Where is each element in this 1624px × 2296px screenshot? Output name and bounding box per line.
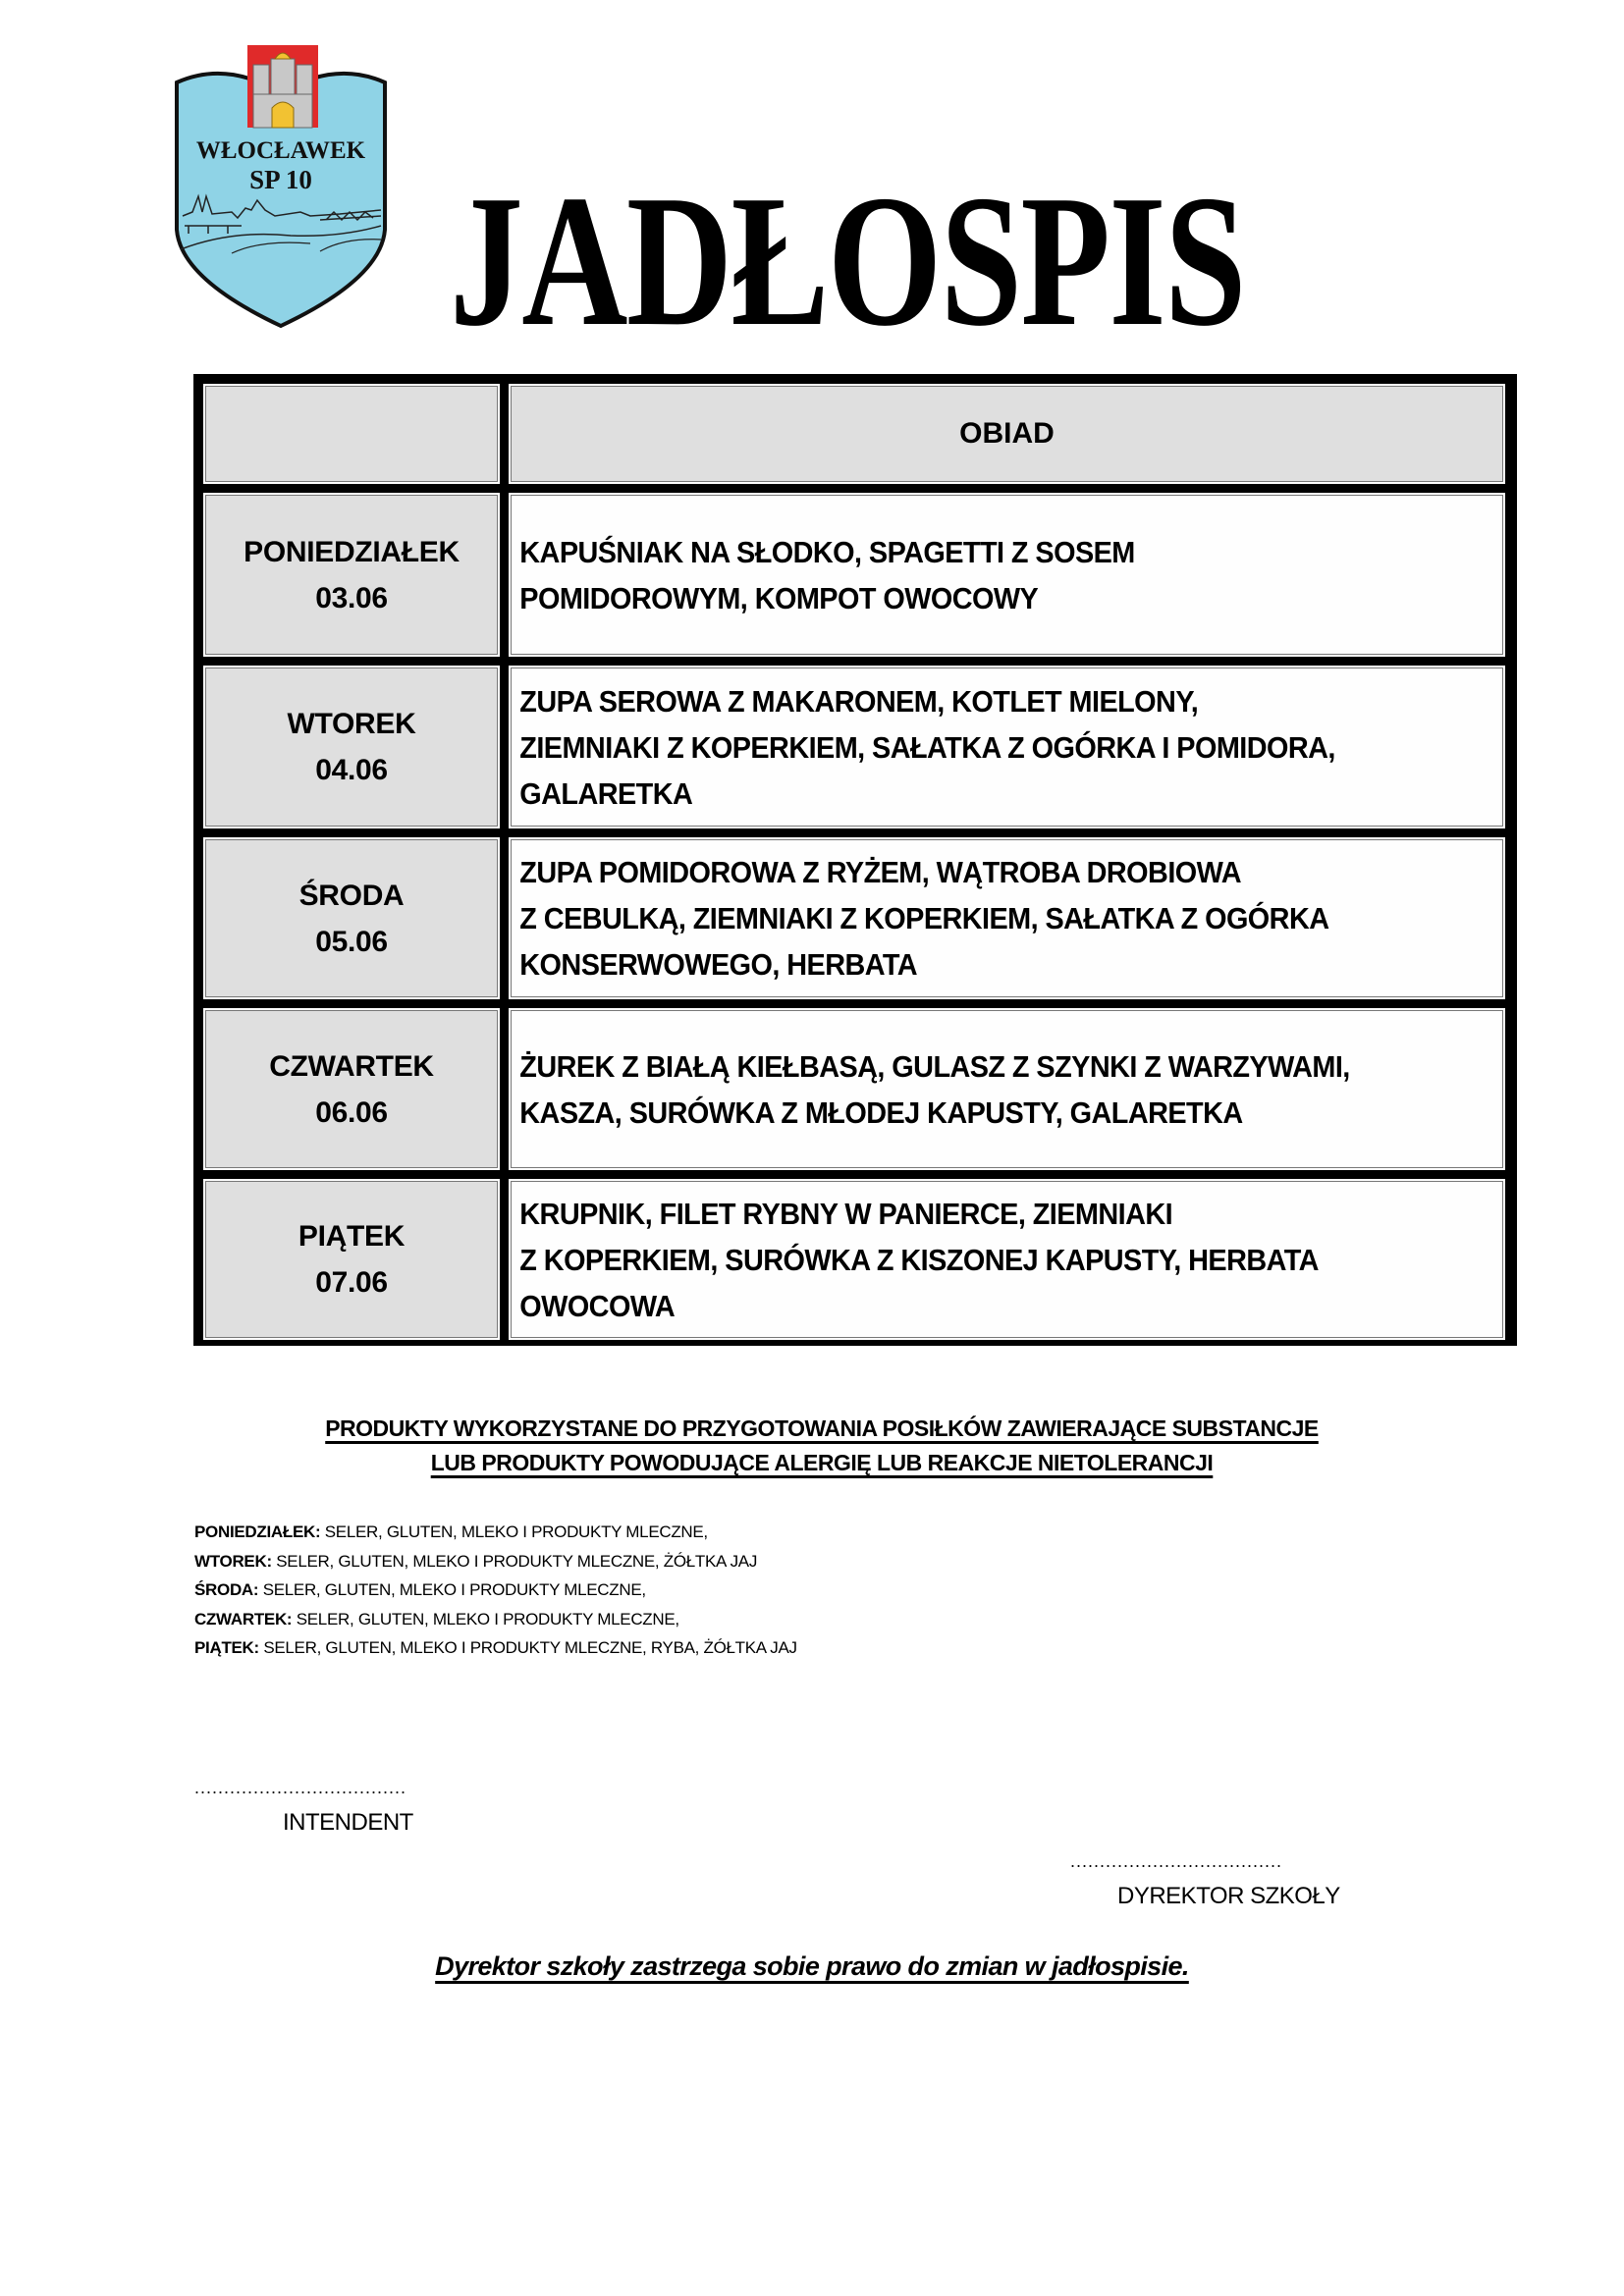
intendent-label: INTENDENT (283, 1811, 413, 1835)
day-date: 06.06 (205, 1090, 498, 1136)
day-name: PIĄTEK (205, 1213, 498, 1259)
allergen-item: PIĄTEK: SELER, GLUTEN, MLEKO I PRODUKTY … (194, 1633, 797, 1663)
intendent-signature-line: .................................... (194, 1779, 491, 1796)
day-date: 05.06 (205, 919, 498, 965)
table-row-day: CZWARTEK 06.06 (203, 1008, 500, 1170)
meal-text: ŻUREK Z BIAŁĄ KIEŁBASĄ, GULASZ Z SZYNKI … (511, 1043, 1434, 1136)
shield-emblem-icon: WŁOCŁAWEK SP 10 (173, 43, 389, 330)
table-row-day: ŚRODA 05.06 (203, 837, 500, 999)
allergen-day: CZWARTEK: (194, 1610, 292, 1629)
meal-text: ZUPA SEROWA Z MAKARONEM, KOTLET MIELONY,… (511, 678, 1434, 817)
allergen-text: SELER, GLUTEN, MLEKO I PRODUKTY MLECZNE,… (259, 1638, 797, 1657)
allergen-text: SELER, GLUTEN, MLEKO I PRODUKTY MLECZNE,… (272, 1552, 757, 1571)
allergen-heading: PRODUKTY WYKORZYSTANE DO PRZYGOTOWANIA P… (157, 1412, 1487, 1480)
allergen-text: SELER, GLUTEN, MLEKO I PRODUKTY MLECZNE, (320, 1522, 708, 1541)
allergen-text: SELER, GLUTEN, MLEKO I PRODUKTY MLECZNE, (292, 1610, 679, 1629)
allergen-day: PIĄTEK: (194, 1638, 259, 1657)
table-row-meal: ZUPA POMIDOROWA Z RYŻEM, WĄTROBA DROBIOW… (509, 837, 1505, 999)
header-meal-label: OBIAD (511, 417, 1503, 451)
day-date: 03.06 (205, 575, 498, 621)
svg-text:WŁOCŁAWEK: WŁOCŁAWEK (196, 137, 366, 164)
meal-text: ZUPA POMIDOROWA Z RYŻEM, WĄTROBA DROBIOW… (511, 849, 1434, 988)
allergen-text: SELER, GLUTEN, MLEKO I PRODUKTY MLECZNE, (258, 1580, 646, 1599)
table-row-day: PONIEDZIAŁEK 03.06 (203, 493, 500, 657)
meal-text: KRUPNIK, FILET RYBNY W PANIERCE, ZIEMNIA… (511, 1191, 1434, 1329)
day-name: ŚRODA (205, 873, 498, 919)
table-row-meal: KRUPNIK, FILET RYBNY W PANIERCE, ZIEMNIA… (509, 1179, 1505, 1340)
allergen-item: PONIEDZIAŁEK: SELER, GLUTEN, MLEKO I PRO… (194, 1518, 797, 1547)
footer-note: Dyrektor szkoły zastrzega sobie prawo do… (157, 1953, 1467, 1980)
day-name: CZWARTEK (205, 1043, 498, 1090)
allergen-list: PONIEDZIAŁEK: SELER, GLUTEN, MLEKO I PRO… (194, 1518, 797, 1663)
allergen-item: CZWARTEK: SELER, GLUTEN, MLEKO I PRODUKT… (194, 1605, 797, 1634)
svg-text:SP 10: SP 10 (249, 165, 312, 194)
table-row-day: PIĄTEK 07.06 (203, 1179, 500, 1340)
allergen-day: WTOREK: (194, 1552, 272, 1571)
header-day-cell (203, 384, 500, 484)
page-title: JADŁOSPIS (450, 167, 1245, 355)
allergen-item: WTOREK: SELER, GLUTEN, MLEKO I PRODUKTY … (194, 1547, 797, 1576)
allergen-day: PONIEDZIAŁEK: (194, 1522, 320, 1541)
meal-text: KAPUŚNIAK NA SŁODKO, SPAGETTI Z SOSEM PO… (511, 529, 1434, 621)
director-label: DYREKTOR SZKOŁY (1117, 1885, 1340, 1908)
table-row-meal: ŻUREK Z BIAŁĄ KIEŁBASĄ, GULASZ Z SZYNKI … (509, 1008, 1505, 1170)
day-name: WTOREK (205, 701, 498, 747)
table-row-day: WTOREK 04.06 (203, 666, 500, 828)
allergen-heading-line2: LUB PRODUKTY POWODUJĄCE ALERGIĘ LUB REAK… (157, 1446, 1487, 1480)
table-row-meal: KAPUŚNIAK NA SŁODKO, SPAGETTI Z SOSEM PO… (509, 493, 1505, 657)
menu-table: OBIAD PONIEDZIAŁEK 03.06 KAPUŚNIAK NA SŁ… (193, 374, 1517, 1346)
allergen-heading-line1: PRODUKTY WYKORZYSTANE DO PRZYGOTOWANIA P… (157, 1412, 1487, 1446)
allergen-item: ŚRODA: SELER, GLUTEN, MLEKO I PRODUKTY M… (194, 1575, 797, 1605)
table-row-meal: ZUPA SEROWA Z MAKARONEM, KOTLET MIELONY,… (509, 666, 1505, 828)
day-date: 07.06 (205, 1259, 498, 1306)
day-name: PONIEDZIAŁEK (205, 529, 498, 575)
school-logo: WŁOCŁAWEK SP 10 (173, 43, 389, 330)
header-meal-cell: OBIAD (509, 384, 1505, 484)
day-date: 04.06 (205, 747, 498, 793)
director-signature-line: .................................... (1070, 1852, 1367, 1870)
allergen-day: ŚRODA: (194, 1580, 258, 1599)
